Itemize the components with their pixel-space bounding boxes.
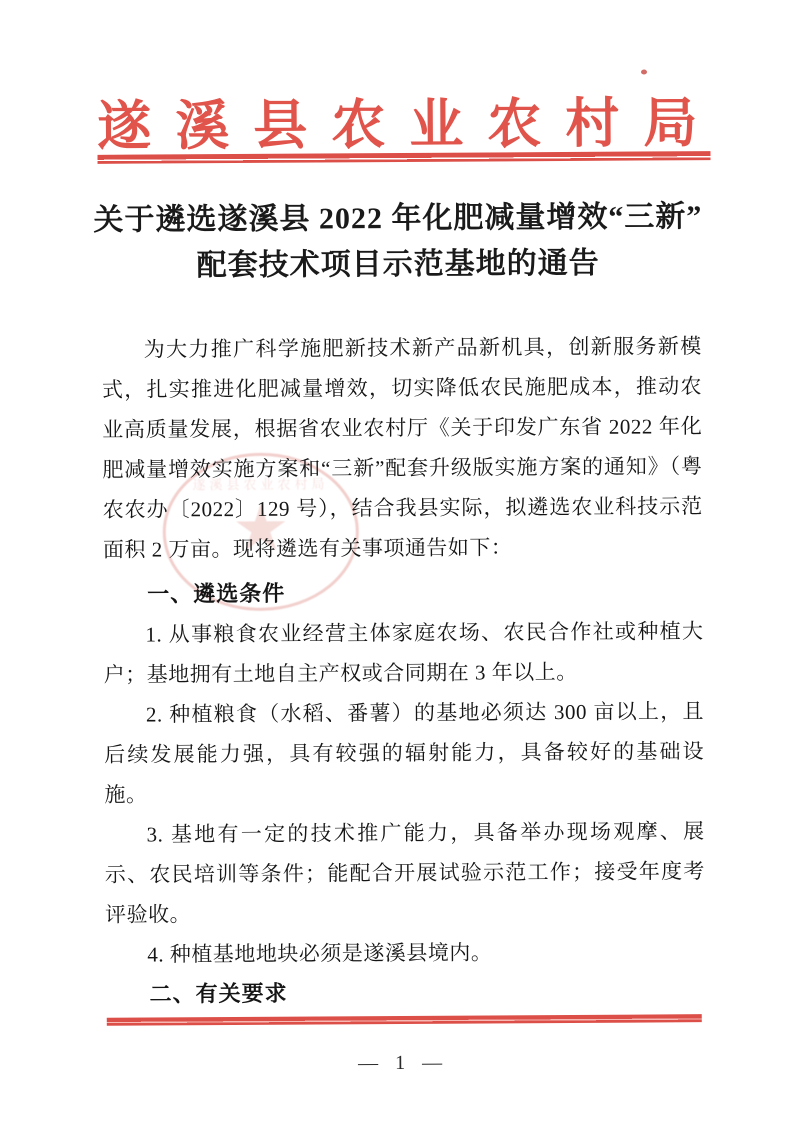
page-number: — 1 — (3, 1050, 800, 1078)
section-heading-1: 一、遴选条件 (103, 571, 703, 615)
document-page: 遂溪县农业农村局 关于遴选遂溪县 2022 年化肥减量增效“三新” 配套技术项目… (0, 0, 800, 1130)
agency-letterhead: 遂溪县农业农村局 (0, 80, 798, 162)
ink-speck (641, 69, 647, 74)
list-item: 1. 从事粮食农业经营主体家庭农场、农民合作社或种植大户；基地拥有土地自主产权或… (103, 611, 703, 695)
title-line-1: 关于遴选遂溪县 2022 年化肥减量增效“三新” (93, 200, 702, 237)
list-item: 3. 基地有一定的技术推广能力，具备举办现场观摩、展示、农民培训等条件；能配合开… (105, 811, 706, 935)
document-title: 关于遴选遂溪县 2022 年化肥减量增效“三新” 配套技术项目示范基地的通告 (0, 194, 798, 291)
list-item: 4. 种植基地地块必须是遂溪县境内。 (105, 931, 705, 975)
section-heading-2: 二、有关要求 (105, 971, 705, 1015)
title-line-2: 配套技术项目示范基地的通告 (197, 247, 600, 282)
paragraph-intro: 为大力推广科学施肥新技术新产品新机具，创新服务新模式，扎实推进化肥减量增效，切实… (102, 326, 703, 570)
document-body: 为大力推广科学施肥新技术新产品新机具，创新服务新模式，扎实推进化肥减量增效，切实… (102, 326, 706, 1015)
footer-divider (107, 1014, 702, 1026)
list-item: 2. 种植粮食（水稻、番薯）的基地必须达 300 亩以上，且后续发展能力强，具有… (104, 691, 705, 815)
